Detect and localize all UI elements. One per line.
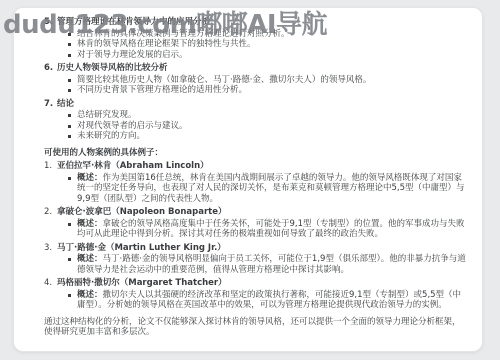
- bullet-text: 对现代领导者的启示与建议。: [77, 121, 188, 131]
- section-bullet: 对现代领导者的启示与建议。: [66, 121, 466, 132]
- example-bullet: 概述：马丁·路德·金的领导风格明显偏向于员工关怀，可能位于1,9型（俱乐部型）。…: [66, 254, 466, 275]
- bullet-marker: [68, 33, 71, 36]
- bullet-marker: [68, 223, 71, 226]
- bullet-marker: [68, 125, 71, 128]
- outline-section-5: 5. 管理方格理论在林肯领导力中的应用分析 结合林肯的具体决策案例与管理方格理论…: [44, 17, 466, 60]
- overview-text: 作为美国第16任总统，林肯在美国内战期间展示了卓越的领导力。他的领导风格既体现了…: [77, 173, 465, 204]
- example-number: 3.: [44, 243, 57, 254]
- bullet-marker: [68, 294, 71, 297]
- overview-label: 概述：: [77, 173, 103, 183]
- example-bullet: 概述：撒切尔夫人以其强硬的经济改革和坚定的政策执行著称，可能接近9,1型（专制型…: [66, 290, 466, 311]
- overview-text: 马丁·路德·金的领导风格明显偏向于员工关怀，可能位于1,9型（俱乐部型）。他的非…: [77, 254, 466, 275]
- section-bullet: 结合林肯的具体决策案例与管理方格理论进行对照分析。: [66, 29, 466, 40]
- section-number: 7.: [44, 99, 57, 110]
- document-card: 5. 管理方格理论在林肯领导力中的应用分析 结合林肯的具体决策案例与管理方格理论…: [13, 7, 483, 352]
- overview-label: 概述：: [77, 254, 103, 264]
- bullet-marker: [68, 79, 71, 82]
- overview-text: 撒切尔夫人以其强硬的经济改革和坚定的政策执行著称，可能接近9,1型（专制型）或5…: [77, 290, 461, 311]
- section-bullet: 未来研究的方向。: [66, 131, 466, 142]
- example-bullet: 概述：拿破仑的领导风格高度集中于任务关怀，可能处于9,1型（专制型）的位置。他的…: [66, 219, 466, 240]
- outline-section-7: 7. 结论 总结研究发现。 对现代领导者的启示与建议。 未来研究的方向。: [44, 99, 466, 142]
- bullet-text: 未来研究的方向。: [77, 131, 145, 141]
- section-title: 结论: [57, 99, 74, 110]
- examples-heading: 可使用的人物案例的具体例子：: [44, 148, 466, 159]
- section-title: 历史人物领导风格的比较分析: [57, 63, 168, 74]
- bullet-marker: [68, 258, 71, 261]
- bullet-marker: [68, 89, 71, 92]
- example-number: 1.: [44, 161, 57, 172]
- closing-paragraph: 通过这种结构化的分析，论文不仅能够深入探讨林肯的领导风格，还可以提供一个全面的领…: [44, 317, 466, 338]
- example-item-thatcher: 4. 玛格丽特·撒切尔（Margaret Thatcher） 概述：撒切尔夫人以…: [44, 278, 466, 311]
- section-number: 5.: [44, 17, 57, 28]
- outline-section-6: 6. 历史人物领导风格的比较分析 简要比较其他历史人物（如拿破仑、马丁·路德·金…: [44, 63, 466, 96]
- bullet-text: 对于领导力理论发展的启示。: [77, 50, 188, 60]
- bullet-marker: [68, 135, 71, 138]
- section-bullet: 对于领导力理论发展的启示。: [66, 50, 466, 61]
- bullet-text: 结合林肯的具体决策案例与管理方格理论进行对照分析。: [77, 29, 290, 39]
- example-name: 玛格丽特·撒切尔（Margaret Thatcher）: [57, 278, 227, 289]
- overview-label: 概述：: [77, 290, 103, 300]
- example-name: 拿破仑·波拿巴（Napoleon Bonaparte）: [57, 207, 226, 218]
- section-bullet: 总结研究发现。: [66, 110, 466, 121]
- bullet-marker: [68, 114, 71, 117]
- bullet-text: 不同历史背景下管理方格理论的适用性分析。: [77, 85, 247, 95]
- overview-text: 拿破仑的领导风格高度集中于任务关怀，可能处于9,1型（专制型）的位置。他的军事成…: [77, 219, 465, 240]
- example-item-napoleon: 2. 拿破仑·波拿巴（Napoleon Bonaparte） 概述：拿破仑的领导…: [44, 207, 466, 240]
- example-number: 4.: [44, 278, 57, 289]
- page: 5. 管理方格理论在林肯领导力中的应用分析 结合林肯的具体决策案例与管理方格理论…: [0, 0, 500, 360]
- bullet-text: 简要比较其他历史人物（如拿破仑、马丁·路德·金、撒切尔夫人）的领导风格。: [77, 75, 371, 85]
- section-bullet: 简要比较其他历史人物（如拿破仑、马丁·路德·金、撒切尔夫人）的领导风格。: [66, 75, 466, 86]
- bullet-marker: [68, 43, 71, 46]
- section-title: 管理方格理论在林肯领导力中的应用分析: [57, 17, 210, 28]
- bullet-marker: [68, 177, 71, 180]
- section-number: 6.: [44, 63, 57, 74]
- example-name: 马丁·路德·金（Martin Luther King Jr.）: [57, 243, 226, 254]
- bullet-marker: [68, 54, 71, 57]
- bullet-text: 总结研究发现。: [77, 110, 137, 120]
- example-bullet: 概述：作为美国第16任总统，林肯在美国内战期间展示了卓越的领导力。他的领导风格既…: [66, 173, 466, 205]
- example-number: 2.: [44, 207, 57, 218]
- section-bullet: 林肯的领导风格在理论框架下的独特性与共性。: [66, 39, 466, 50]
- example-item-mlk: 3. 马丁·路德·金（Martin Luther King Jr.） 概述：马丁…: [44, 243, 466, 276]
- overview-label: 概述：: [77, 219, 103, 229]
- example-item-lincoln: 1. 亚伯拉罕·林肯（Abraham Lincoln） 概述：作为美国第16任总…: [44, 161, 466, 204]
- bullet-text: 林肯的领导风格在理论框架下的独特性与共性。: [77, 39, 256, 49]
- section-bullet: 不同历史背景下管理方格理论的适用性分析。: [66, 85, 466, 96]
- example-name: 亚伯拉罕·林肯（Abraham Lincoln）: [57, 161, 209, 172]
